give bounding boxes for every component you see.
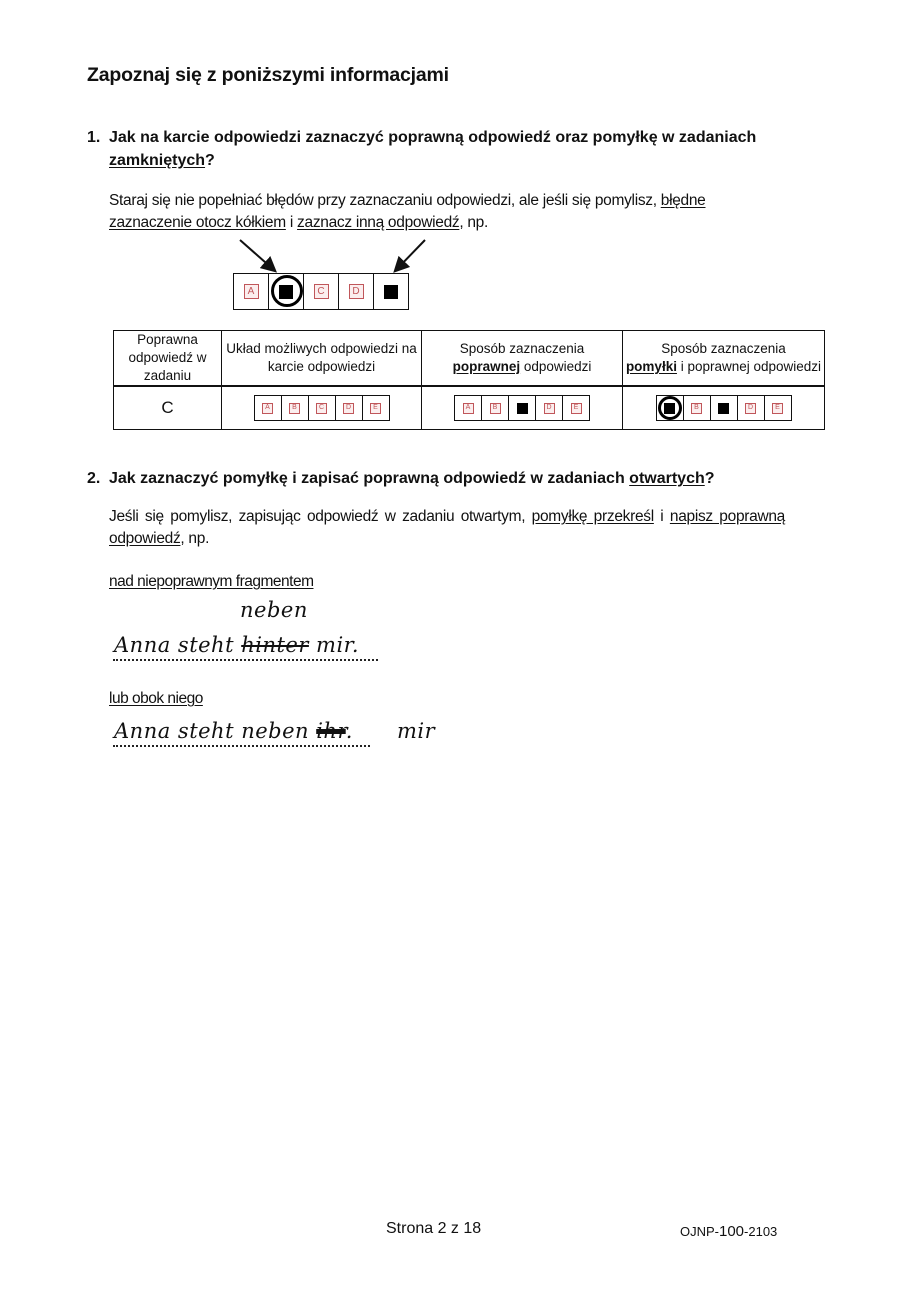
answer-cell-e: E [563, 396, 589, 420]
question-2-number: 2. [87, 467, 100, 490]
answer-cell-d: D [339, 274, 374, 309]
answer-cell-e: E [765, 396, 791, 420]
code-prefix: OJNP- [680, 1224, 719, 1239]
filled-square-icon [718, 403, 729, 414]
answer-letter: A [463, 403, 474, 414]
example-2-sentence: Anna steht neben ihr. [114, 719, 353, 743]
answer-letter: C [314, 284, 329, 299]
instructions-underlined-2: zaznacz inną odpowiedź [297, 214, 459, 231]
answer-letter: B [691, 403, 702, 414]
question-2-underlined: otwartych [629, 470, 705, 487]
example-1-label: nad niepoprawnym fragmentem [109, 573, 313, 591]
sentence-text: Anna steht neben [114, 719, 316, 743]
answer-cell-e [374, 274, 408, 309]
layout-cell: ABCDE [222, 386, 422, 430]
code-suffix: -2103 [744, 1224, 777, 1239]
question-2-instructions: Jeśli się pomylisz, zapisując odpowiedź … [109, 506, 785, 550]
example-1-sentence: Anna steht hinter mir. [114, 633, 359, 657]
answer-letter: E [370, 403, 381, 414]
answer-cell-d: D [738, 396, 765, 420]
exam-code: OJNP-100-2103 [680, 1223, 777, 1240]
question-1-mark: ? [205, 152, 215, 169]
sentence-text: mir. [309, 633, 359, 657]
answer-cell-e: E [363, 396, 389, 420]
page-title: Zapoznaj się z poniższymi informacjami [87, 64, 449, 87]
answer-cell-d: D [536, 396, 563, 420]
header-text: Sposób zaznaczenia [460, 341, 585, 356]
sentence-text: Anna steht [114, 633, 241, 657]
answer-letter: E [772, 403, 783, 414]
instructions-underlined-1: pomyłkę przekreśl [532, 508, 654, 525]
filled-square-icon [384, 285, 398, 299]
example-1-dotted-line [113, 659, 378, 661]
example-2-dotted-line [113, 745, 370, 747]
example-1-correction: neben [240, 598, 308, 622]
instructions-connector: i [654, 508, 670, 525]
answer-cell-b [269, 274, 304, 309]
answer-cell-a: A [234, 274, 269, 309]
marking-rules-table: Poprawna odpowiedź w zadaniu Układ możli… [113, 330, 825, 430]
table-row: C ABCDE ABDE BDE [114, 386, 825, 430]
header-text: i poprawnej odpowiedzi [677, 359, 821, 374]
sentence-text: . [346, 719, 353, 743]
answer-cell-c: C [304, 274, 339, 309]
header-emphasis: pomyłki [626, 359, 677, 374]
instructions-connector: i [286, 214, 297, 231]
mistake-marking-cell: BDE [623, 386, 825, 430]
answer-letter: C [316, 403, 327, 414]
question-2-mark: ? [705, 470, 715, 487]
header-correct-answer: Poprawna odpowiedź w zadaniu [114, 331, 222, 387]
answer-letter: D [544, 403, 555, 414]
filled-square-icon [517, 403, 528, 414]
answer-cell-c [711, 396, 738, 420]
header-text: Sposób zaznaczenia [661, 341, 786, 356]
struck-word: hinter [241, 633, 309, 657]
example-2-correction: mir [397, 719, 435, 743]
arrows-illustration [230, 236, 440, 276]
struck-word: ihr [316, 719, 345, 743]
answer-cell-a: A [455, 396, 482, 420]
instructions-text: Staraj się nie popełniać błędów przy zaz… [109, 192, 661, 209]
example-answer-strip: ACD [233, 273, 409, 310]
circle-mark-icon [658, 396, 682, 420]
answer-cell-b: B [282, 396, 309, 420]
question-1-underlined: zamkniętych [109, 152, 205, 169]
answer-letter: D [349, 284, 364, 299]
correct-answer-value: C [114, 386, 222, 430]
arrow-right-icon [396, 240, 425, 270]
answer-cell-b: B [684, 396, 711, 420]
answer-letter: A [244, 284, 259, 299]
code-mid: 100 [719, 1223, 744, 1240]
layout-strip: ABCDE [254, 395, 390, 421]
question-1-instructions: Staraj się nie popełniać błędów przy zaz… [109, 190, 785, 234]
answer-letter: A [262, 403, 273, 414]
answer-letter: B [490, 403, 501, 414]
answer-cell-d: D [336, 396, 363, 420]
arrow-left-icon [240, 240, 274, 270]
example-2-label: lub obok niego [109, 690, 203, 708]
answer-letter: D [745, 403, 756, 414]
header-emphasis: poprawnej [453, 359, 521, 374]
answer-cell-a: A [255, 396, 282, 420]
question-1-text: Jak na karcie odpowiedzi zaznaczyć popra… [109, 129, 756, 146]
instructions-end: , np. [180, 530, 209, 547]
correct-marking-strip: ABDE [454, 395, 590, 421]
instructions-text: Jeśli się pomylisz, zapisując odpowiedź … [109, 508, 532, 525]
correct-marking-cell: ABDE [422, 386, 623, 430]
header-answer-layout: Układ możliwych odpowiedzi na karcie odp… [222, 331, 422, 387]
question-2-text: Jak zaznaczyć pomyłkę i zapisać poprawną… [109, 470, 629, 487]
answer-cell-a [657, 396, 684, 420]
instructions-end: , np. [459, 214, 488, 231]
answer-cell-b: B [482, 396, 509, 420]
answer-letter: D [343, 403, 354, 414]
header-mistake-marking: Sposób zaznaczenia pomyłki i poprawnej o… [623, 331, 825, 387]
answer-cell-c [509, 396, 536, 420]
page-number: Strona 2 z 18 [386, 1220, 481, 1238]
answer-letter: E [571, 403, 582, 414]
circle-mark-icon [271, 275, 303, 307]
answer-letter: B [289, 403, 300, 414]
answer-cell-c: C [309, 396, 336, 420]
header-text: odpowiedzi [520, 359, 591, 374]
table-header-row: Poprawna odpowiedź w zadaniu Układ możli… [114, 331, 825, 387]
mistake-marking-strip: BDE [656, 395, 792, 421]
question-1-number: 1. [87, 126, 100, 149]
header-correct-marking: Sposób zaznaczenia poprawnej odpowiedzi [422, 331, 623, 387]
